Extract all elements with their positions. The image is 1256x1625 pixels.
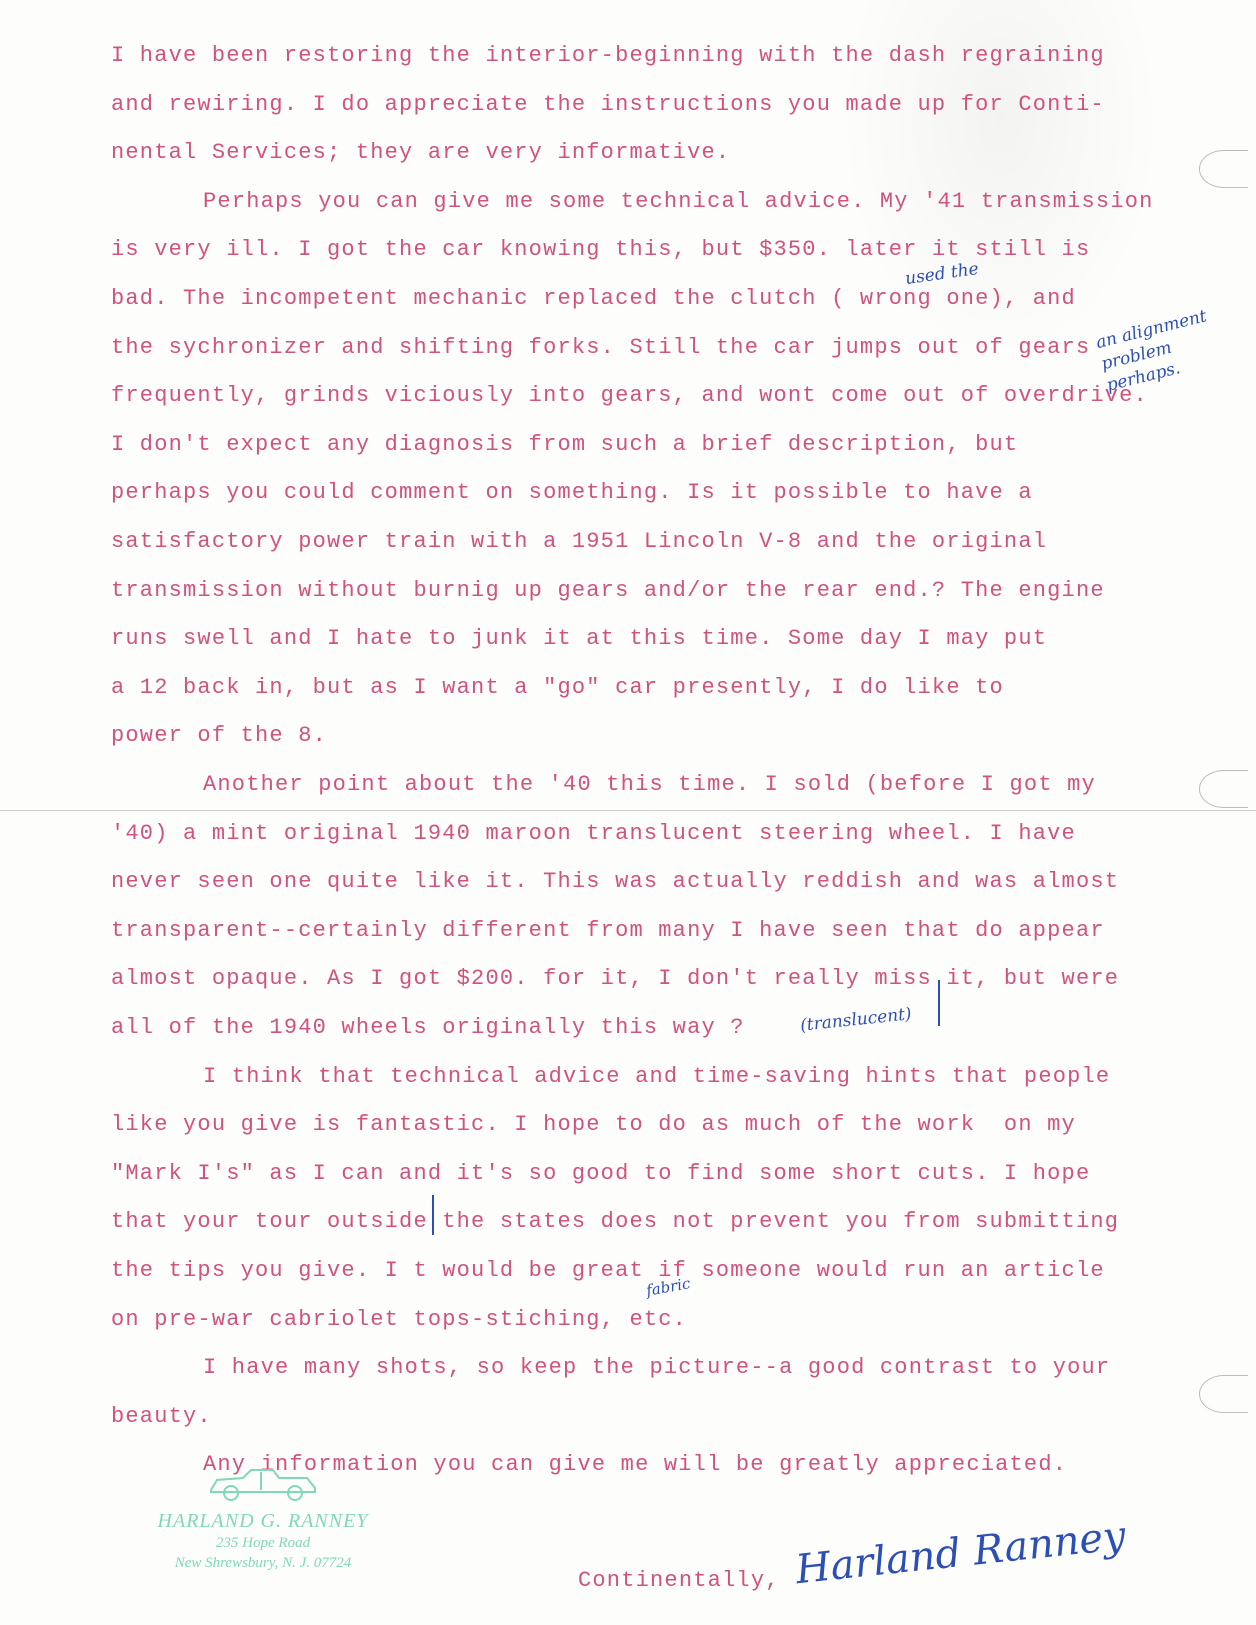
letter-line: all of the 1940 wheels originally this w… [111,1014,745,1042]
letter-line: Another point about the '40 this time. I… [203,771,1096,799]
letter-line: transparent--certainly different from ma… [111,917,1105,945]
letter-line: a 12 back in, but as I want a "go" car p… [111,674,1004,702]
insertion-mark [432,1195,434,1235]
letter-line: power of the 8. [111,722,327,750]
letter-line: almost opaque. As I got $200. for it, I … [111,965,1119,993]
letterhead-address-line-2: New Shrewsbury, N. J. 07724 [118,1553,408,1573]
letter-line: beauty. [111,1403,212,1431]
paper-clip-mark [1199,770,1248,808]
letter-line: runs swell and I hate to junk it at this… [111,625,1047,653]
letter-line: I have many shots, so keep the picture--… [203,1354,1110,1382]
letter-line: the tips you give. I t would be great if… [111,1257,1105,1285]
letterhead-address-line-1: 235 Hope Road [118,1533,408,1553]
handwritten-note-translucent: (translucent) [799,1004,912,1036]
letterhead-stamp: HARLAND G. RANNEY 235 Hope Road New Shre… [118,1462,408,1573]
signature: Harland Ranney [794,1513,1128,1593]
letter-line: is very ill. I got the car knowing this,… [111,236,1090,264]
vintage-car-icon [203,1462,323,1502]
letterhead-name: HARLAND G. RANNEY [118,1510,408,1533]
letter-line: never seen one quite like it. This was a… [111,868,1119,896]
paper-clip-mark [1199,150,1248,188]
letter-line: perhaps you could comment on something. … [111,479,1033,507]
letter-line: I have been restoring the interior-begin… [111,42,1105,70]
paper-fold-line [0,810,1256,811]
letter-line: frequently, grinds viciously into gears,… [111,382,1148,410]
handwritten-margin-note: an alignment problem perhaps. [1094,305,1220,396]
letter-line: that your tour outside the states does n… [111,1208,1119,1236]
letter-line: bad. The incompetent mechanic replaced t… [111,285,1076,313]
letter-line: satisfactory power train with a 1951 Lin… [111,528,1047,556]
letter-line: transmission without burnig up gears and… [111,577,1105,605]
insertion-mark [938,980,940,1026]
letter-line: I think that technical advice and time-s… [203,1063,1110,1091]
letter-line: the sychronizer and shifting forks. Stil… [111,334,1090,362]
letter-line: on pre-war cabriolet tops-stiching, etc. [111,1306,687,1334]
closing: Continentally, [578,1568,780,1593]
letter-line: like you give is fantastic. I hope to do… [111,1111,1076,1139]
letter-line: '40) a mint original 1940 maroon translu… [111,820,1076,848]
paper-clip-mark [1199,1375,1248,1413]
letter-line: and rewiring. I do appreciate the instru… [111,91,1105,119]
letter-page: I have been restoring the interior-begin… [0,0,1256,1625]
letter-line: nental Services; they are very informati… [111,139,730,167]
letter-line: I don't expect any diagnosis from such a… [111,431,1018,459]
letter-line: "Mark I's" as I can and it's so good to … [111,1160,1090,1188]
letter-line: Perhaps you can give me some technical a… [203,188,1154,216]
